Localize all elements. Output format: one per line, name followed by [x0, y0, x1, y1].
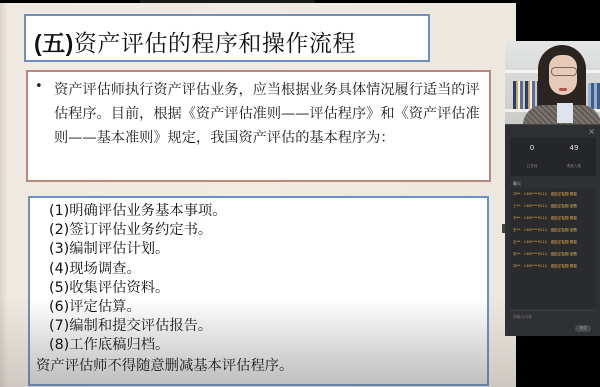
- webcam-video[interactable]: [505, 41, 600, 124]
- intro-box: • 资产评估师执行资产评估业务，应当根据业务具体情况履行适当的评估程序。目前，根…: [26, 70, 491, 182]
- chat-message: 周**：138****0212，送出了礼物 鲜花: [513, 263, 593, 269]
- chat-input[interactable]: 请输入内容 发送: [510, 310, 596, 334]
- chat-message: 张**：138****0212，送出了礼物 点赞: [513, 227, 593, 233]
- presentation-slide: (五)资产评估的程序和操作流程 • 资产评估师执行资产评估业务，应当根据业务具体…: [0, 3, 516, 387]
- title-main: 资产评估的程序和操作流程: [74, 31, 356, 57]
- stat-label: 已签到: [512, 162, 552, 170]
- step-item: (3)编制评估计划。: [49, 240, 227, 259]
- presenter-collar: [557, 103, 573, 123]
- step-item: (1)明确评估业务基本事项。: [49, 202, 227, 221]
- chat-input-placeholder: 请输入内容: [513, 314, 532, 320]
- books: [588, 83, 600, 109]
- lips: [559, 88, 567, 91]
- chat-message: 李**：138****0212，送出了礼物 鲜花: [513, 215, 593, 221]
- step-item: (2)签订评估业务约定书。: [49, 221, 227, 240]
- steps-note: 资产评估师不得随意删减基本评估程序。: [36, 355, 293, 375]
- step-item: (8)工作底稿归档。: [49, 336, 227, 355]
- chat-message: 赵**：138****0212，送出了礼物 鲜花: [513, 239, 593, 245]
- slide-title: (五)资产评估的程序和操作流程: [34, 25, 356, 58]
- stat-label: 观看人数: [554, 162, 594, 170]
- slide-title-box: (五)资产评估的程序和操作流程: [24, 14, 430, 62]
- chat-list[interactable]: 刘**：138****0212，送出了礼物 鲜花 王**：138****0212…: [510, 188, 596, 308]
- tab-chat[interactable]: 聊天: [513, 181, 521, 187]
- intro-text: 资产评估师执行资产评估业务，应当根据业务具体情况履行适当的评估程序。目前，根据《…: [54, 78, 481, 150]
- chat-message: 王**：138****0212，送出了礼物 点赞: [513, 203, 593, 209]
- steps-box: (1)明确评估业务基本事项。 (2)签订评估业务约定书。 (3)编制评估计划。 …: [28, 196, 489, 386]
- chat-message: 刘**：138****0212，送出了礼物 鲜花: [513, 191, 593, 197]
- step-item: (4)现场调查。: [49, 260, 227, 279]
- glasses: [551, 67, 577, 76]
- title-prefix: (五): [34, 30, 74, 56]
- step-item: (7)编制和提交评估报告。: [49, 317, 227, 336]
- steps-list: (1)明确评估业务基本事项。 (2)签订评估业务约定书。 (3)编制评估计划。 …: [49, 202, 227, 356]
- send-button[interactable]: 发送: [575, 325, 591, 332]
- stats-box: 0 已签到 49 观看人数: [510, 138, 596, 176]
- stat-signed-in: 0 已签到: [512, 143, 552, 170]
- bullet-icon: •: [35, 79, 43, 94]
- stat-viewers: 49 观看人数: [554, 143, 594, 170]
- live-chat-panel: × 0 已签到 49 观看人数 聊天 刘**：138****0212，送出了礼物…: [505, 124, 600, 336]
- stat-value: 0: [512, 143, 552, 153]
- stat-value: 49: [554, 143, 594, 153]
- step-item: (6)评定估算。: [49, 298, 227, 317]
- chat-message: 陈**：138****0212，送出了礼物 点赞: [513, 251, 593, 257]
- step-item: (5)收集评估资料。: [49, 279, 227, 298]
- close-icon[interactable]: ×: [588, 127, 595, 137]
